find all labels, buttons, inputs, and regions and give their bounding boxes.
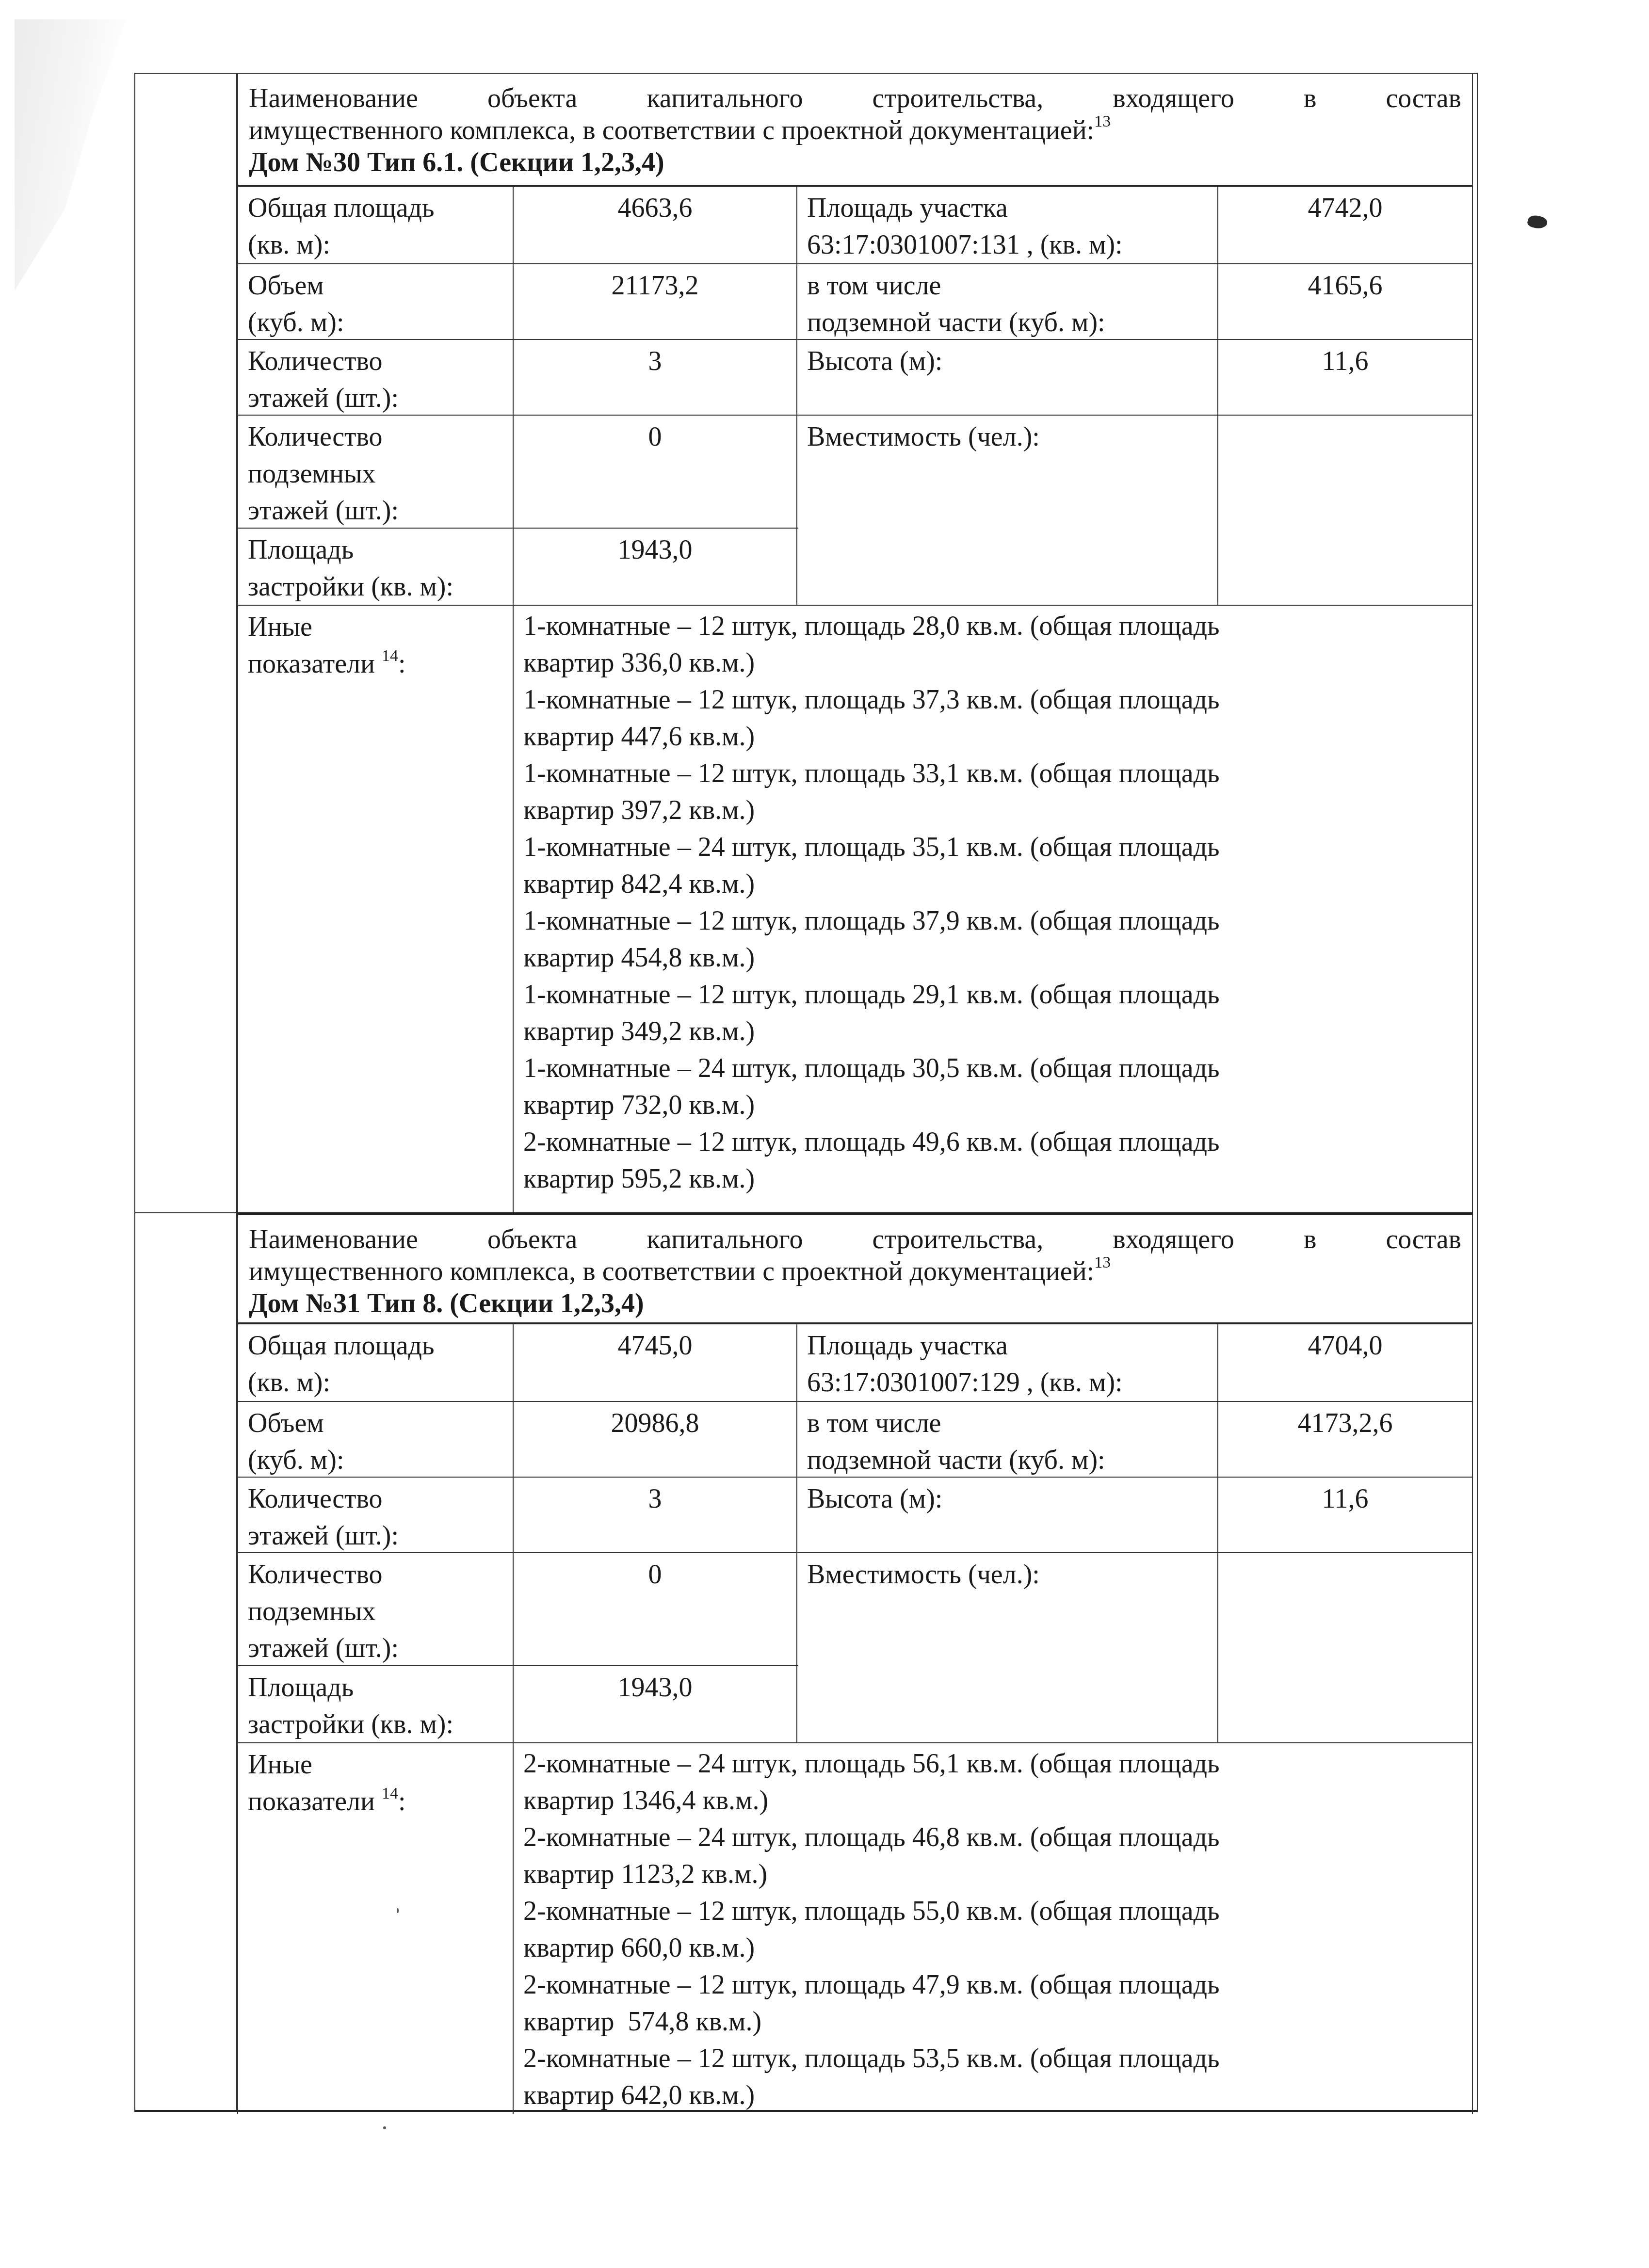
- apartment-item-line-1: 1-комнатные – 24 штук, площадь 30,5 кв.м…: [523, 1050, 1462, 1087]
- label-capacity: Вместимость (чел.):: [797, 416, 1218, 605]
- header-line-2: имущественного комплекса, в соответствии…: [249, 1255, 1461, 1287]
- value-built-area: 1943,0: [514, 529, 797, 605]
- capacity-merged-cell: Вместимость (чел.):: [797, 1553, 1472, 1743]
- apartment-item-line-2: квартир 574,8 кв.м.): [523, 2003, 1462, 2040]
- row-underground-floors: Количествоподземныхэтажей (шт.): 0: [238, 416, 798, 529]
- apartment-item-line-2: квартир 642,0 кв.м.): [523, 2077, 1462, 2114]
- label-underground-floors: Количествоподземныхэтажей (шт.):: [238, 416, 514, 528]
- row-floors: Количествоэтажей (шт.): 3 Высота (м): 11…: [238, 340, 1472, 416]
- apartment-item-line-1: 1-комнатные – 12 штук, площадь 37,9 кв.м…: [523, 902, 1462, 939]
- apartment-list: 2-комнатные – 24 штук, площадь 56,1 кв.м…: [514, 1743, 1472, 2114]
- value-floors: 3: [514, 340, 797, 415]
- row-volume: Объем(куб. м): 20986,8 в том числеподзем…: [238, 1402, 1472, 1478]
- apartment-item: 1-комнатные – 12 штук, площадь 28,0 кв.м…: [523, 608, 1462, 681]
- object-header: Наименование объекта капитального строит…: [238, 74, 1472, 187]
- apartment-item-line-1: 1-комнатные – 12 штук, площадь 37,3 кв.м…: [523, 681, 1462, 718]
- value-height: 11,6: [1218, 340, 1472, 415]
- row-total-area: Общая площадь(кв. м): 4745,0 Площадь уча…: [238, 1324, 1472, 1402]
- label-underground-volume: в том числеподземной части (куб. м):: [797, 264, 1218, 339]
- label-height: Высота (м):: [797, 340, 1218, 415]
- building-title: Дом №30 Тип 6.1. (Секции 1,2,3,4): [249, 146, 1461, 178]
- label-underground-volume: в том числеподземной части (куб. м):: [797, 1402, 1218, 1477]
- apartment-item: 1-комнатные – 12 штук, площадь 37,3 кв.м…: [523, 681, 1462, 755]
- apartment-item-line-2: квартир 1123,2 кв.м.): [523, 1856, 1462, 1893]
- value-underground-volume: 4173,2,6: [1218, 1402, 1472, 1477]
- apartment-item-line-2: квартир 1346,4 кв.м.): [523, 1782, 1462, 1819]
- apartment-list: 1-комнатные – 12 штук, площадь 28,0 кв.м…: [514, 606, 1472, 1212]
- building-section-31: Наименование объекта капитального строит…: [237, 1212, 1473, 2114]
- scan-speck: [383, 2126, 386, 2129]
- apartment-item-line-1: 2-комнатные – 12 штук, площадь 55,0 кв.м…: [523, 1893, 1462, 1930]
- apartment-item-line-2: квартир 595,2 кв.м.): [523, 1160, 1462, 1197]
- capacity-merged-cell: Вместимость (чел.):: [797, 416, 1472, 606]
- label-total-area: Общая площадь(кв. м):: [238, 187, 514, 263]
- row-total-area: Общая площадь(кв. м): 4663,6 Площадь уча…: [238, 187, 1472, 264]
- row-other-indicators: Иныепоказатели 14: 2-комнатные – 24 штук…: [238, 1743, 1472, 2114]
- apartment-item-line-2: квартир 349,2 кв.м.): [523, 1013, 1462, 1050]
- header-line-1: Наименование объекта капитального строит…: [249, 1223, 1461, 1255]
- label-capacity: Вместимость (чел.):: [797, 1553, 1218, 1742]
- left-column-section-separator: [135, 1212, 237, 1213]
- row-underground-floors: Количествоподземныхэтажей (шт.): 0: [238, 1553, 798, 1666]
- ink-blot: [1526, 213, 1548, 230]
- apartment-item-line-1: 2-комнатные – 12 штук, площадь 49,6 кв.м…: [523, 1124, 1462, 1160]
- apartment-item-line-1: 1-комнатные – 12 штук, площадь 33,1 кв.м…: [523, 755, 1462, 792]
- footnote-13: 13: [1094, 1254, 1111, 1271]
- row-volume: Объем(куб. м): 21173,2 в том числеподзем…: [238, 264, 1472, 340]
- apartment-item-line-1: 1-комнатные – 12 штук, площадь 28,0 кв.м…: [523, 608, 1462, 644]
- apartment-item: 1-комнатные – 12 штук, площадь 33,1 кв.м…: [523, 755, 1462, 829]
- label-volume: Объем(куб. м):: [238, 264, 514, 339]
- footnote-14: 14: [382, 1785, 398, 1802]
- label-plot-area: Площадь участка63:17:0301007:129 , (кв. …: [797, 1324, 1218, 1401]
- apartment-item-line-1: 2-комнатные – 12 штук, площадь 47,9 кв.м…: [523, 1966, 1462, 2003]
- value-total-area: 4663,6: [514, 187, 797, 263]
- apartment-item: 1-комнатные – 24 штук, площадь 30,5 кв.м…: [523, 1050, 1462, 1124]
- apartment-item-line-1: 2-комнатные – 12 штук, площадь 53,5 кв.м…: [523, 2040, 1462, 2077]
- apartment-item: 2-комнатные – 12 штук, площадь 47,9 кв.м…: [523, 1966, 1462, 2040]
- row-built-area: Площадьзастройки (кв. м): 1943,0: [238, 1666, 798, 1743]
- apartment-item-line-2: квартир 454,8 кв.м.): [523, 939, 1462, 976]
- apartment-item: 2-комнатные – 24 штук, площадь 46,8 кв.м…: [523, 1819, 1462, 1893]
- value-capacity: [1218, 416, 1472, 605]
- building-title: Дом №31 Тип 8. (Секции 1,2,3,4): [249, 1287, 1461, 1319]
- value-volume: 20986,8: [514, 1402, 797, 1477]
- label-plot-area: Площадь участка63:17:0301007:131 , (кв. …: [797, 187, 1218, 263]
- apartment-item-line-2: квартир 660,0 кв.м.): [523, 1930, 1462, 1966]
- apartment-item: 1-комнатные – 12 штук, площадь 37,9 кв.м…: [523, 902, 1462, 976]
- value-plot-area: 4704,0: [1218, 1324, 1472, 1401]
- apartment-item: 2-комнатные – 24 штук, площадь 56,1 кв.м…: [523, 1745, 1462, 1819]
- apartment-item-line-1: 1-комнатные – 12 штук, площадь 29,1 кв.м…: [523, 976, 1462, 1013]
- value-underground-volume: 4165,6: [1218, 264, 1472, 339]
- apartment-item-line-2: квартир 336,0 кв.м.): [523, 644, 1462, 681]
- apartment-item-line-2: квартир 842,4 кв.м.): [523, 866, 1462, 902]
- apartment-item: 1-комнатные – 12 штук, площадь 29,1 кв.м…: [523, 976, 1462, 1050]
- value-underground-floors: 0: [514, 416, 797, 528]
- value-built-area: 1943,0: [514, 1666, 797, 1742]
- value-capacity: [1218, 1553, 1472, 1742]
- label-height: Высота (м):: [797, 1478, 1218, 1552]
- label-floors: Количествоэтажей (шт.):: [238, 1478, 514, 1552]
- building-section-30: Наименование объекта капитального строит…: [237, 74, 1473, 1212]
- apartment-item-line-1: 1-комнатные – 24 штук, площадь 35,1 кв.м…: [523, 829, 1462, 866]
- value-total-area: 4745,0: [514, 1324, 797, 1401]
- row-built-area: Площадьзастройки (кв. м): 1943,0: [238, 529, 798, 606]
- value-plot-area: 4742,0: [1218, 187, 1472, 263]
- apartment-item-line-1: 2-комнатные – 24 штук, площадь 46,8 кв.м…: [523, 1819, 1462, 1856]
- apartment-item: 1-комнатные – 24 штук, площадь 35,1 кв.м…: [523, 829, 1462, 902]
- label-built-area: Площадьзастройки (кв. м):: [238, 529, 514, 605]
- value-floors: 3: [514, 1478, 797, 1552]
- label-volume: Объем(куб. м):: [238, 1402, 514, 1477]
- declaration-table: Наименование объекта капитального строит…: [134, 73, 1478, 2112]
- label-other-indicators: Иныепоказатели 14:: [238, 606, 514, 1212]
- apartment-item-line-1: 2-комнатные – 24 штук, площадь 56,1 кв.м…: [523, 1745, 1462, 1782]
- label-underground-floors: Количествоподземныхэтажей (шт.):: [238, 1553, 514, 1665]
- value-volume: 21173,2: [514, 264, 797, 339]
- row-floors: Количествоэтажей (шт.): 3 Высота (м): 11…: [238, 1478, 1472, 1553]
- apartment-item: 2-комнатные – 12 штук, площадь 49,6 кв.м…: [523, 1124, 1462, 1197]
- apartment-item-line-2: квартир 397,2 кв.м.): [523, 792, 1462, 829]
- label-floors: Количествоэтажей (шт.):: [238, 340, 514, 415]
- label-built-area: Площадьзастройки (кв. м):: [238, 1666, 514, 1742]
- footnote-13: 13: [1094, 113, 1111, 130]
- page-fold-shadow: [15, 19, 126, 291]
- apartment-item-line-2: квартир 447,6 кв.м.): [523, 718, 1462, 755]
- footnote-14: 14: [382, 647, 398, 665]
- row-other-indicators: Иныепоказатели 14: 1-комнатные – 12 штук…: [238, 606, 1472, 1212]
- apartment-item-line-2: квартир 732,0 кв.м.): [523, 1087, 1462, 1124]
- value-underground-floors: 0: [514, 1553, 797, 1665]
- header-line-1: Наименование объекта капитального строит…: [249, 82, 1461, 114]
- object-header: Наименование объекта капитального строит…: [238, 1215, 1472, 1324]
- label-total-area: Общая площадь(кв. м):: [238, 1324, 514, 1401]
- header-line-2: имущественного комплекса, в соответствии…: [249, 114, 1461, 146]
- value-height: 11,6: [1218, 1478, 1472, 1552]
- label-other-indicators: Иныепоказатели 14:: [238, 1743, 514, 2114]
- apartment-item: 2-комнатные – 12 штук, площадь 55,0 кв.м…: [523, 1893, 1462, 1966]
- apartment-item: 2-комнатные – 12 штук, площадь 53,5 кв.м…: [523, 2040, 1462, 2114]
